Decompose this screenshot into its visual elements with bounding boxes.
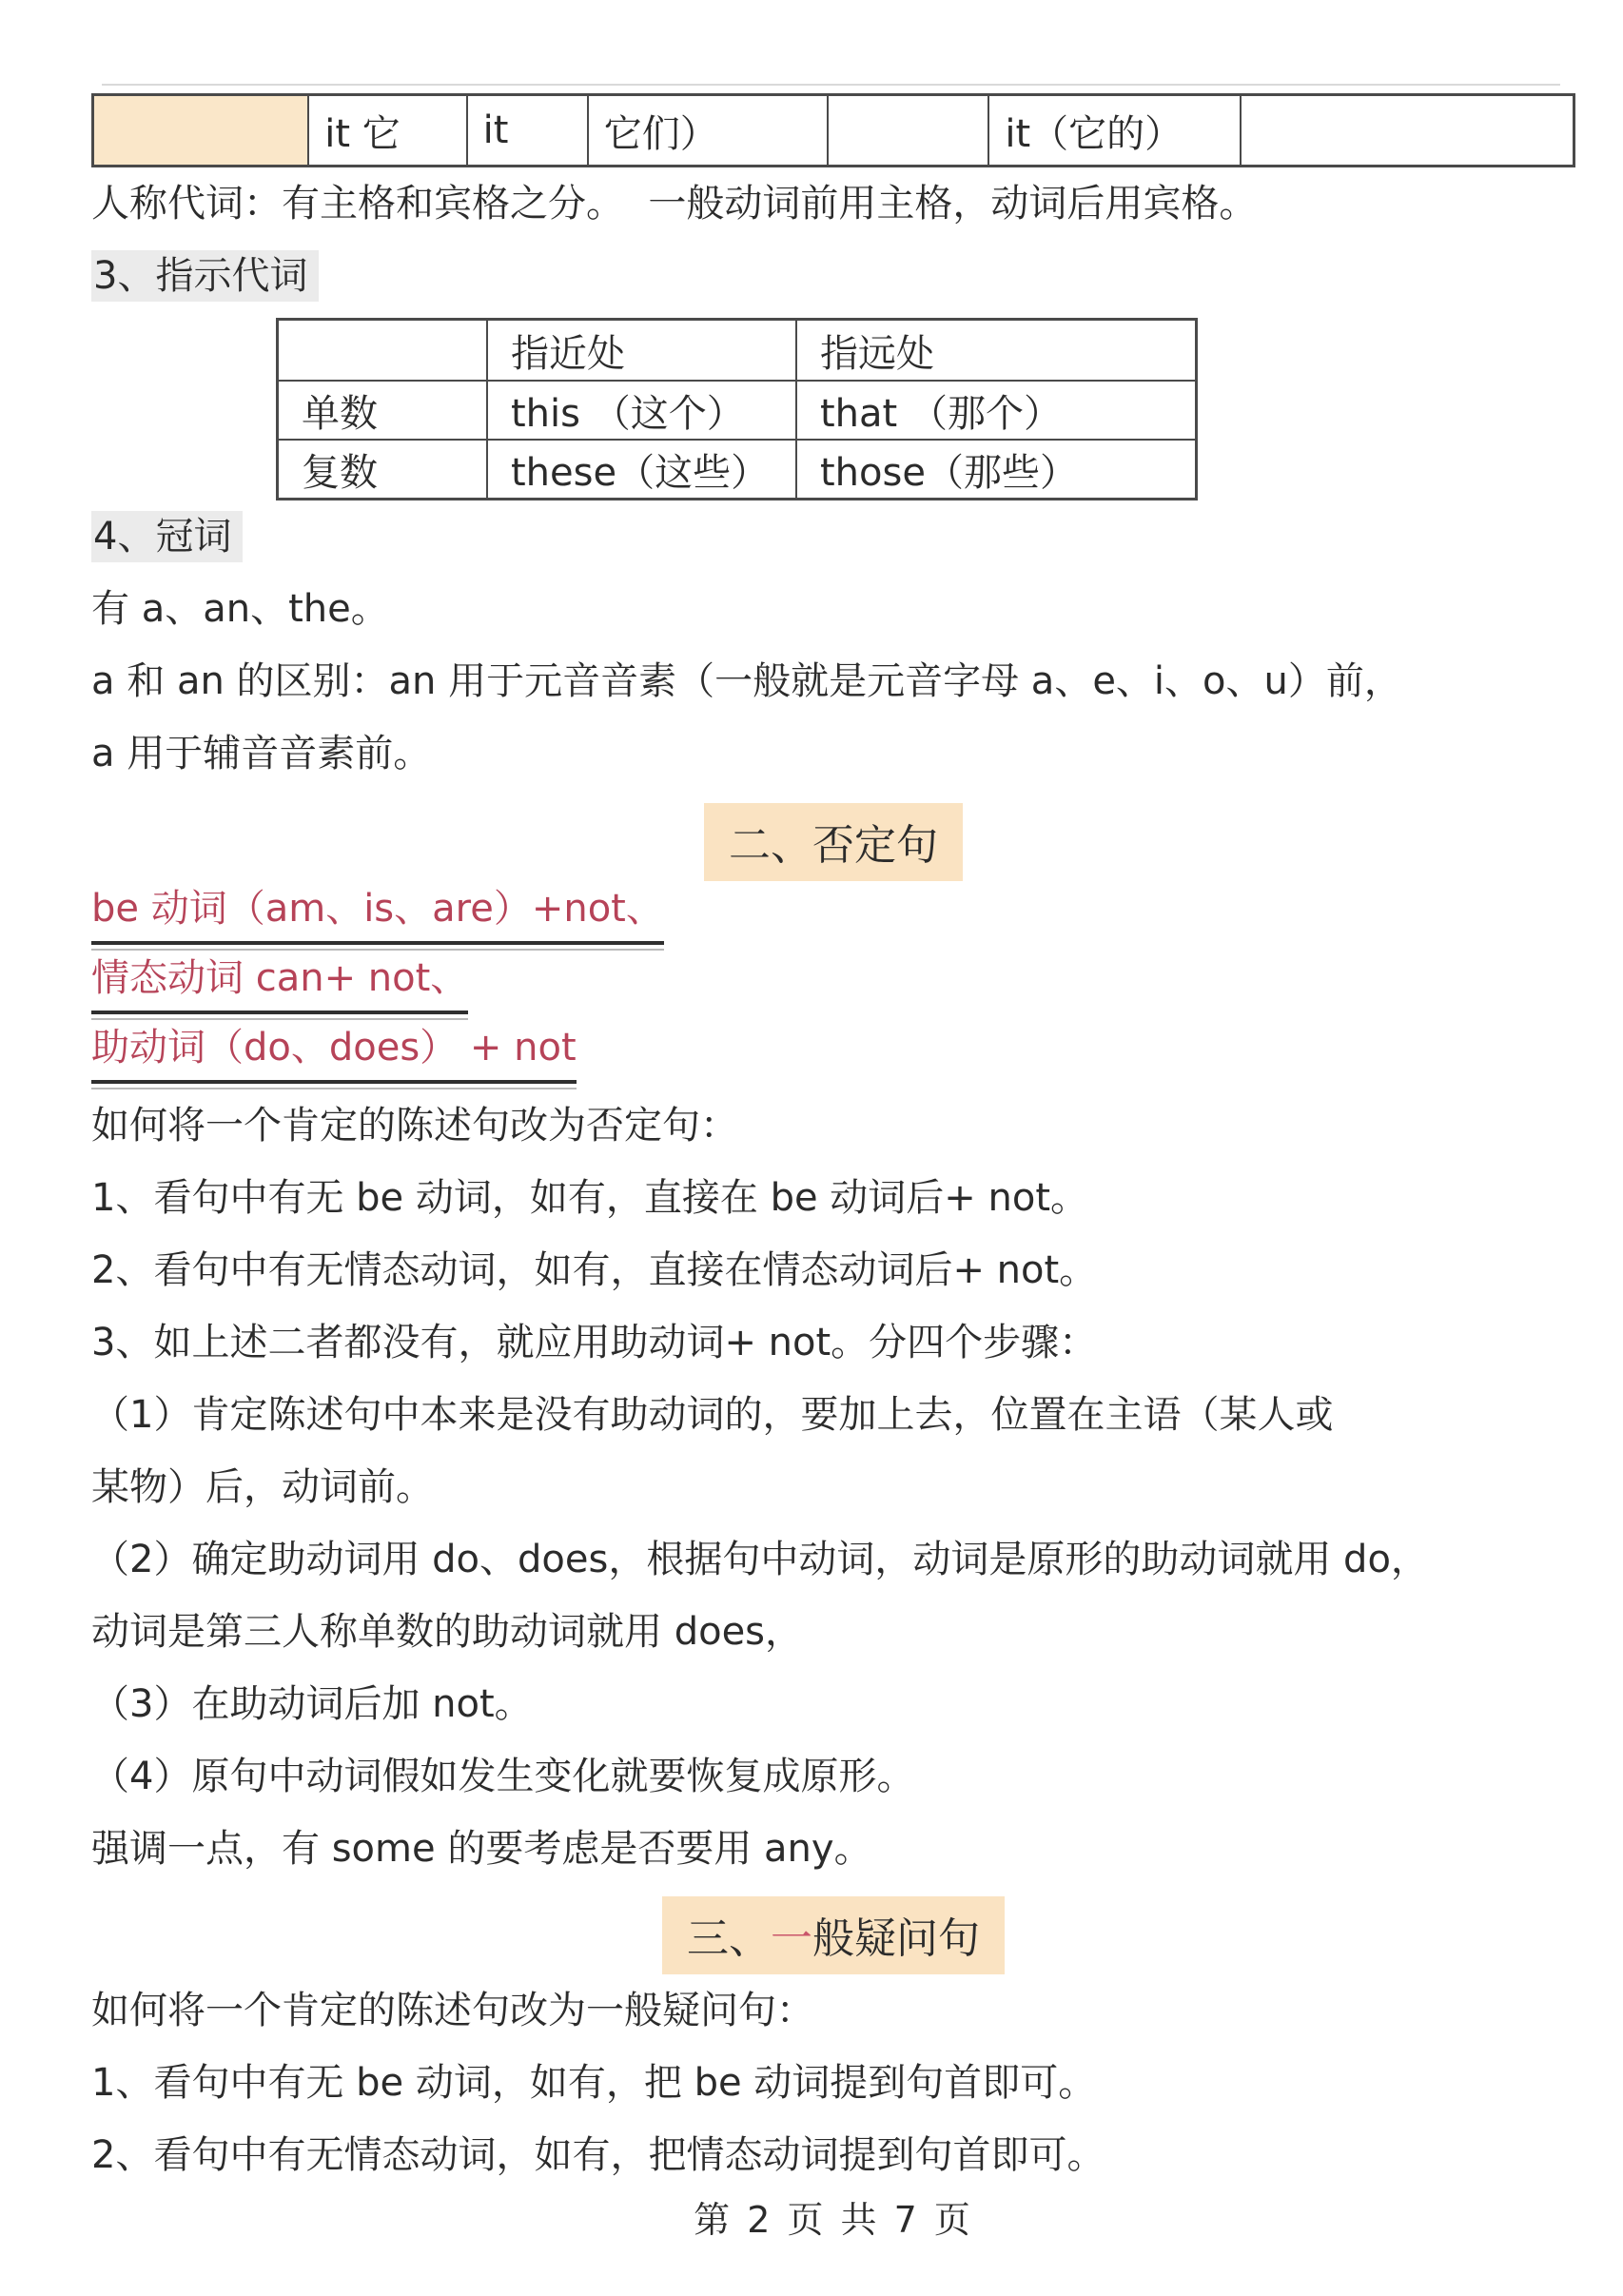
heading-red-char: 一	[771, 1914, 812, 1963]
table-row-singular: 单数 this （这个） that （那个）	[278, 381, 1197, 440]
pronoun-note: 人称代词：有主格和宾格之分。 一般动词前用主格，动词后用宾格。	[91, 167, 1575, 240]
row-label-cell: 单数	[278, 381, 488, 440]
question-step-2: 2、看句中有无情态动词，如有，把情态动词提到句首即可。	[91, 2119, 1575, 2191]
table-cell: it（它的）	[988, 95, 1241, 167]
section-4-title-text: 4、冠词	[91, 511, 243, 562]
article-line-1: 有 a、an、the。	[91, 573, 1575, 645]
table-header-cell	[278, 320, 488, 382]
negative-substep-1-line-2: 某物）后，动词前。	[91, 1451, 1575, 1523]
negative-substep-2-line-2: 动词是第三人称单数的助动词就用 does，	[91, 1596, 1575, 1668]
question-section-heading-text: 三、一般疑问句	[662, 1896, 1005, 1974]
table-cell: that （那个）	[796, 381, 1197, 440]
demonstrative-pronoun-table: 指近处 指远处 单数 this （这个） that （那个） 复数 these（…	[276, 318, 1198, 500]
negative-substep-2-line-1: （2）确定助动词用 do、does，根据句中动词，动词是原形的助动词就用 do，	[91, 1523, 1575, 1596]
negative-intro: 如何将一个肯定的陈述句改为否定句：	[91, 1089, 1575, 1162]
double-underline: be 动词（am、is、are）+not、	[91, 881, 664, 951]
negative-note-some-any: 强调一点，有 some 的要考虑是否要用 any。	[91, 1813, 1575, 1885]
article-line-2: a 和 an 的区别：an 用于元音音素（一般就是元音字母 a、e、i、o、u）…	[91, 645, 1575, 717]
table-cell-empty-peach	[93, 95, 309, 167]
formula-auxiliary-not: 助动词（do、does） + not	[91, 1020, 1575, 1089]
double-underline: 助动词（do、does） + not	[91, 1020, 577, 1089]
negative-step-2: 2、看句中有无情态动词，如有，直接在情态动词后+ not。	[91, 1234, 1575, 1306]
double-underline: 情态动词 can+ not、	[91, 951, 468, 1020]
table-header-cell: 指远处	[796, 320, 1197, 382]
negative-substep-1-line-1: （1）肯定陈述句中本来是没有助动词的，要加上去，位置在主语（某人或	[91, 1379, 1575, 1451]
table-cell: this （这个）	[487, 381, 796, 440]
formula-be-not: be 动词（am、is、are）+not、	[91, 881, 1575, 951]
negative-step-3: 3、如上述二者都没有，就应用助动词+ not。分四个步骤：	[91, 1306, 1575, 1379]
negative-step-1: 1、看句中有无 be 动词，如有，直接在 be 动词后+ not。	[91, 1162, 1575, 1234]
table-row-plural: 复数 these（这些） those（那些）	[278, 440, 1197, 500]
question-intro: 如何将一个肯定的陈述句改为一般疑问句：	[91, 1974, 1575, 2047]
section-4-title: 4、冠词	[91, 500, 1575, 573]
table-cell-empty	[1241, 95, 1574, 167]
heading-rest: 般疑问句	[812, 1914, 980, 1963]
negative-substep-3: （3）在助动词后加 not。	[91, 1668, 1575, 1740]
table-header-cell: 指近处	[487, 320, 796, 382]
table-cell: 它们）	[588, 95, 828, 167]
table-header-row: 指近处 指远处	[278, 320, 1197, 382]
table-cell: these（这些）	[487, 440, 796, 500]
negative-section-heading: 二、否定句	[91, 803, 1575, 881]
article-line-3: a 用于辅音音素前。	[91, 717, 1575, 790]
page-number-footer: 第 2 页 共 7 页	[91, 2197, 1575, 2243]
scan-artifact-line	[102, 84, 1560, 86]
document-page: it 它 it 它们） it（它的） 人称代词：有主格和宾格之分。 一般动词前用…	[0, 0, 1623, 2296]
table-cell: it 它	[308, 95, 466, 167]
formula-modal-not: 情态动词 can+ not、	[91, 951, 1575, 1020]
question-step-1: 1、看句中有无 be 动词，如有，把 be 动词提到句首即可。	[91, 2047, 1575, 2119]
table-row: it 它 it 它们） it（它的）	[93, 95, 1574, 167]
personal-pronoun-table: it 它 it 它们） it（它的）	[91, 93, 1575, 167]
table-cell: it	[467, 95, 588, 167]
negative-section-heading-text: 二、否定句	[704, 803, 963, 881]
question-section-heading: 三、一般疑问句	[91, 1896, 1575, 1974]
negative-substep-4: （4）原句中动词假如发生变化就要恢复成原形。	[91, 1740, 1575, 1813]
table-cell-empty	[828, 95, 988, 167]
section-3-title-text: 3、指示代词	[91, 250, 319, 302]
row-label-cell: 复数	[278, 440, 488, 500]
table-cell: those（那些）	[796, 440, 1197, 500]
heading-prefix: 三、	[687, 1914, 771, 1963]
section-3-title: 3、指示代词	[91, 240, 1575, 312]
